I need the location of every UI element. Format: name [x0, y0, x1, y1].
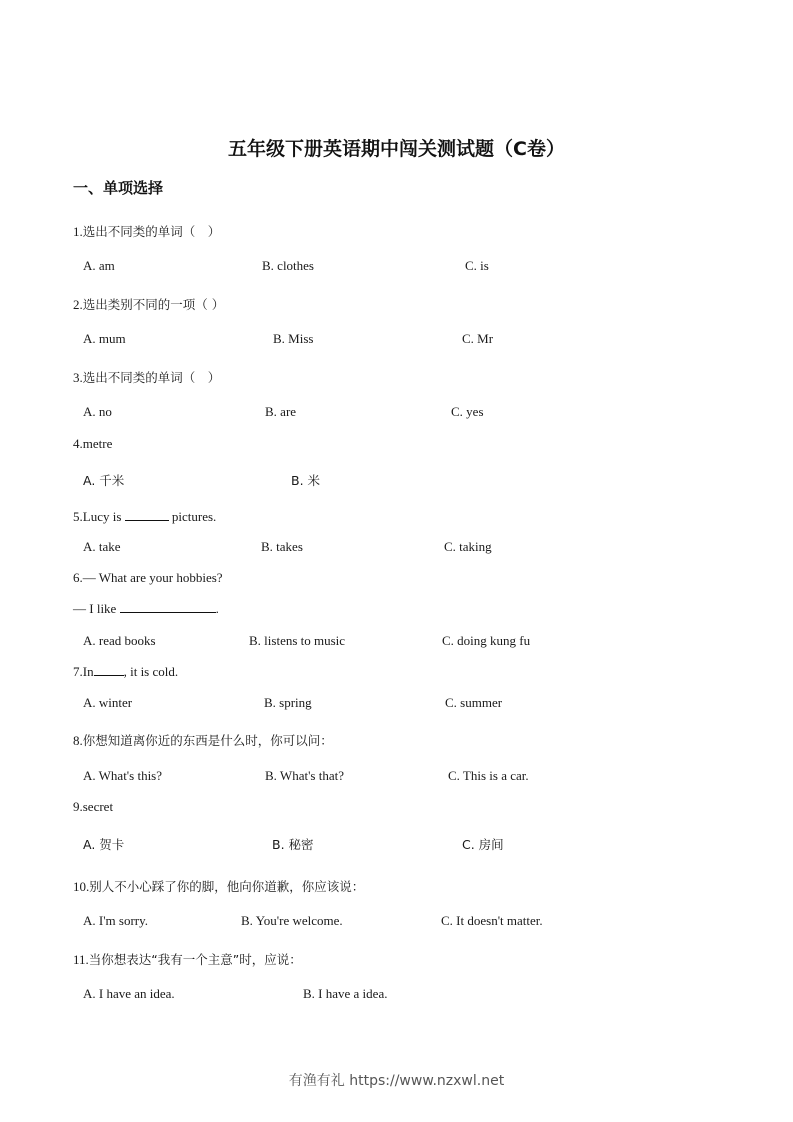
- question-4-stem: 4.metre: [73, 436, 112, 452]
- question-8-option-a: A. What's this?: [83, 768, 162, 784]
- question-3-stem: 3.选出不同类的单词（ ）: [73, 368, 220, 386]
- question-5-option-c: C. taking: [444, 539, 492, 555]
- question-1-option-c: C. is: [465, 258, 489, 274]
- question-8-stem: 8.你想知道离你近的东西是什么时，你可以问：: [73, 731, 333, 749]
- question-10-option-c: C. It doesn't matter.: [441, 913, 543, 929]
- question-6-stem-line2: — I like .: [73, 601, 219, 617]
- question-6-option-a: A. read books: [83, 633, 156, 649]
- question-9-option-a: A. 贺卡: [83, 835, 124, 853]
- question-2-option-a: A. mum: [83, 331, 126, 347]
- question-3-option-b: B. are: [265, 404, 296, 420]
- footer-watermark: 有渔有礼 https://www.nzxwl.net: [0, 1070, 793, 1090]
- question-2-stem: 2.选出类别不同的一项（ ）: [73, 295, 224, 313]
- question-6-option-b: B. listens to music: [249, 633, 345, 649]
- question-8-option-b: B. What's that?: [265, 768, 344, 784]
- question-9-stem: 9.secret: [73, 799, 113, 815]
- section-heading: 一、单项选择: [73, 177, 163, 198]
- question-7-option-a: A. winter: [83, 695, 132, 711]
- question-6-stem: 6.— What are your hobbies?: [73, 570, 223, 586]
- question-11-option-b: B. I have a idea.: [303, 986, 387, 1002]
- question-11-stem: 11.当你想表达“我有一个主意”时，应说：: [73, 950, 302, 968]
- answer-blank: [120, 601, 216, 613]
- answer-blank: [125, 509, 169, 521]
- question-8-option-c: C. This is a car.: [448, 768, 529, 784]
- question-3-option-a: A. no: [83, 404, 112, 420]
- question-7-stem: 7.In, it is cold.: [73, 664, 178, 680]
- question-10-option-b: B. You're welcome.: [241, 913, 343, 929]
- question-11-option-a: A. I have an idea.: [83, 986, 175, 1002]
- question-6-option-c: C. doing kung fu: [442, 633, 530, 649]
- question-5-option-a: A. take: [83, 539, 121, 555]
- question-2-option-c: C. Mr: [462, 331, 493, 347]
- question-2-option-b: B. Miss: [273, 331, 313, 347]
- document-title: 五年级下册英语期中闯关测试题（C卷）: [0, 134, 793, 161]
- question-10-option-a: A. I'm sorry.: [83, 913, 148, 929]
- question-9-option-c: C. 房间: [462, 835, 504, 853]
- answer-blank: [94, 664, 124, 676]
- question-10-stem: 10.别人不小心踩了你的脚，他向你道歉，你应该说：: [73, 877, 364, 895]
- question-7-option-c: C. summer: [445, 695, 502, 711]
- question-1-option-b: B. clothes: [262, 258, 314, 274]
- question-5-option-b: B. takes: [261, 539, 303, 555]
- question-9-option-b: B. 秘密: [272, 835, 314, 853]
- question-1-option-a: A. am: [83, 258, 115, 274]
- question-3-option-c: C. yes: [451, 404, 484, 420]
- question-4-option-a: A. 千米: [83, 471, 124, 489]
- question-5-stem: 5.Lucy is pictures.: [73, 509, 216, 525]
- question-4-option-b: B. 米: [291, 471, 320, 489]
- question-1-stem: 1.选出不同类的单词（ ）: [73, 222, 220, 240]
- question-7-option-b: B. spring: [264, 695, 312, 711]
